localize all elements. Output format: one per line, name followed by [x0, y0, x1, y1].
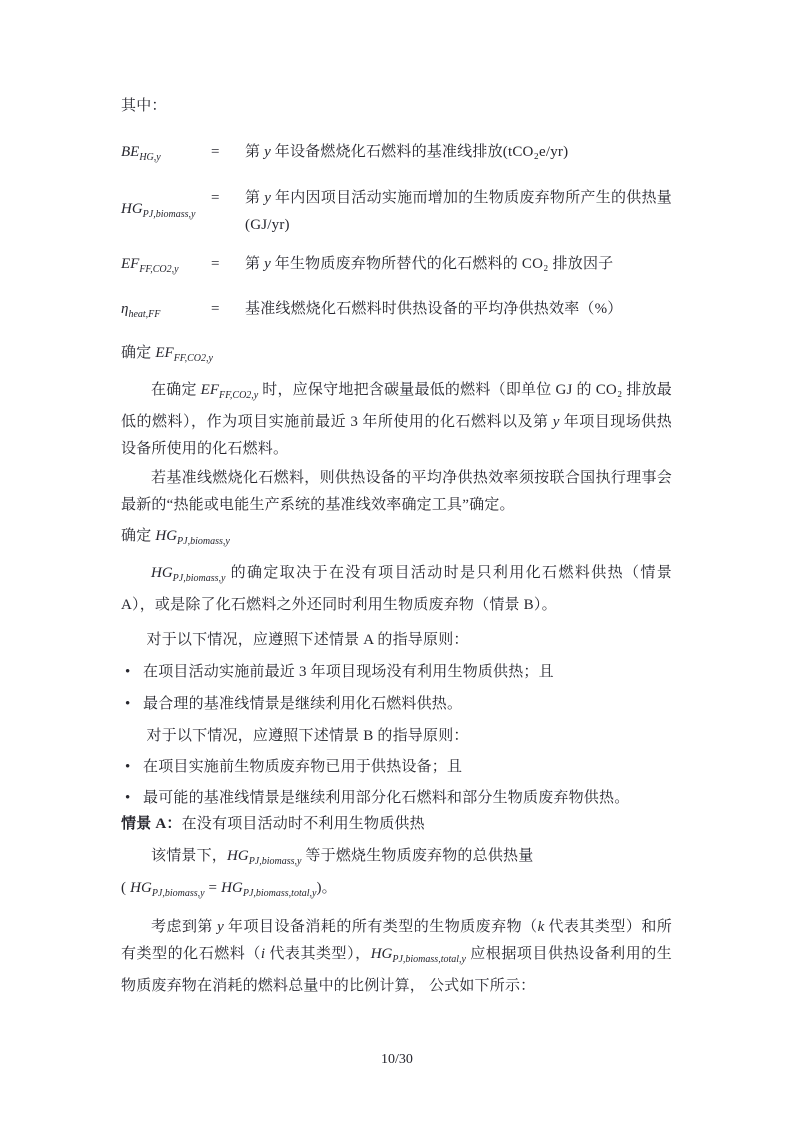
variable-text: EF: [155, 345, 173, 361]
bullet-icon: •: [125, 754, 143, 781]
paragraph: 该情景下，HGPJ,biomass,y 等于燃烧生物质废弃物的总供热量: [121, 843, 672, 875]
variable-text: HG: [130, 880, 152, 896]
bullet-text: 在项目活动实施前最近 3 年项目现场没有利用生物质供热；且: [143, 659, 672, 686]
definition-list: BEHG,y = 第 y 年设备燃烧化石燃料的基准线排放(tCO₂e/yr) H…: [121, 139, 672, 328]
text-segment: 第: [245, 190, 264, 206]
variable-description: 第 y 年生物质废弃物所替代的化石燃料的 CO₂ 排放因子: [245, 251, 672, 278]
variable-text: PJ,biomass,y: [177, 536, 230, 547]
variable-text: HG: [151, 565, 173, 581]
text-segment: 代表其类型），: [265, 946, 371, 962]
variable-text: PJ,biomass,total,y: [392, 954, 466, 965]
bullet-item: • 最合理的基准线情景是继续利用化石燃料供热。: [121, 691, 672, 718]
variable-text: EF: [201, 382, 219, 398]
page-number: 10/30: [0, 1052, 794, 1068]
section-heading-determine-ef: 确定 EFFF,CO2,y: [121, 341, 672, 371]
scenario-a-heading: 情景 A：在没有项目活动时不利用生物质供热: [121, 812, 672, 836]
text-segment: 等于燃烧生物质废弃物的总供热量: [301, 848, 533, 864]
variable-text: PJ,biomass,y: [143, 209, 196, 220]
equals-sign: =: [211, 251, 245, 278]
variable-text: y: [264, 190, 271, 206]
variable-term: EFFF,CO2,y: [121, 251, 211, 283]
variable-text: FF,CO2,y: [174, 353, 213, 364]
variable-text: HG: [155, 528, 177, 544]
variable-text: FF,CO2,y: [219, 390, 258, 401]
variable-text: PJ,biomass,y: [173, 573, 226, 584]
document-page: 其中： BEHG,y = 第 y 年设备燃烧化石燃料的基准线排放(tCO₂e/y…: [0, 0, 794, 1123]
equals-sign: =: [211, 185, 245, 212]
bullet-text: 在项目实施前生物质废弃物已用于供热设备；且: [143, 754, 672, 781]
variable-text: HG,y: [139, 152, 160, 163]
bullet-text: 最合理的基准线情景是继续利用化石燃料供热。: [143, 691, 672, 718]
variable-text: heat,FF: [128, 309, 160, 320]
variable-term: ηheat,FF: [121, 296, 211, 328]
text-segment: =: [205, 880, 222, 896]
bullet-icon: •: [125, 691, 143, 718]
text-segment: 年设备燃烧化石燃料的基准线排放(tCO₂e/yr): [271, 144, 569, 160]
variable-text: y: [264, 144, 271, 160]
variable-text: PJ,biomass,total,y: [243, 888, 317, 899]
text-segment: 该情景下，: [151, 848, 227, 864]
text-segment: 确定: [121, 345, 155, 361]
variable-text: HG: [371, 946, 393, 962]
text-segment: 考虑到第: [151, 919, 217, 935]
text-segment: 基准线燃烧化石燃料时供热设备的平均净供热效率（%）: [245, 301, 623, 317]
definition-row: HGPJ,biomass,y = 第 y 年内因项目活动实施而增加的生物质废弃物…: [121, 185, 672, 239]
variable-text: BE: [121, 144, 139, 160]
formula-line: ( HGPJ,biomass,y = HGPJ,biomass,total,y)…: [121, 875, 672, 907]
paragraph: 在确定 EFFF,CO2,y 时，应保守地把含碳量最低的燃料（即单位 GJ 的 …: [121, 377, 672, 463]
variable-text: y: [264, 256, 271, 272]
variable-description: 第 y 年内因项目活动实施而增加的生物质废弃物所产生的供热量(GJ/yr): [245, 185, 672, 239]
equals-sign: =: [211, 139, 245, 166]
text-segment: 在没有项目活动时不利用生物质供热: [182, 816, 425, 832]
paragraph: HGPJ,biomass,y 的确定取决于在没有项目活动时是只利用化石燃料供热（…: [121, 560, 672, 619]
variable-description: 基准线燃烧化石燃料时供热设备的平均净供热效率（%）: [245, 296, 672, 323]
intro-label: 其中：: [121, 96, 672, 117]
variable-term: BEHG,y: [121, 139, 211, 171]
text-segment: 情景 A：: [121, 816, 182, 832]
bullet-icon: •: [125, 785, 143, 812]
definition-row: BEHG,y = 第 y 年设备燃烧化石燃料的基准线排放(tCO₂e/yr): [121, 139, 672, 171]
text-segment: 年生物质废弃物所替代的化石燃料的 CO₂ 排放因子: [271, 256, 614, 272]
guide-line-scenario-b: 对于以下情况，应遵照下述情景 B 的指导原则：: [121, 723, 672, 750]
text-segment: (: [121, 880, 130, 896]
text-segment: 在确定: [151, 382, 201, 398]
bullet-item: • 在项目活动实施前最近 3 年项目现场没有利用生物质供热；且: [121, 659, 672, 686]
text-segment: 年项目设备消耗的所有类型的生物质废弃物（: [224, 919, 538, 935]
variable-text: PJ,biomass,y: [249, 856, 302, 867]
variable-text: FF,CO2,y: [139, 264, 178, 275]
bullet-item: • 最可能的基准线情景是继续利用部分化石燃料和部分生物质废弃物供热。: [121, 785, 672, 812]
section-heading-determine-hg: 确定 HGPJ,biomass,y: [121, 524, 672, 554]
bullet-item: • 在项目实施前生物质废弃物已用于供热设备；且: [121, 754, 672, 781]
equals-sign: =: [211, 296, 245, 323]
variable-text: HG: [121, 201, 143, 217]
variable-text: PJ,biomass,y: [152, 888, 205, 899]
variable-description: 第 y 年设备燃烧化石燃料的基准线排放(tCO₂e/yr): [245, 139, 672, 166]
definition-row: EFFF,CO2,y = 第 y 年生物质废弃物所替代的化石燃料的 CO₂ 排放…: [121, 251, 672, 283]
text-segment: 确定: [121, 528, 155, 544]
text-segment: 第: [245, 256, 264, 272]
variable-term: HGPJ,biomass,y: [121, 196, 211, 228]
guide-line-scenario-a: 对于以下情况，应遵照下述情景 A 的指导原则：: [121, 627, 672, 654]
paragraph: 考虑到第 y 年项目设备消耗的所有类型的生物质废弃物（k 代表其类型）和所有类型…: [121, 914, 672, 1000]
page-content: 其中： BEHG,y = 第 y 年设备燃烧化石燃料的基准线排放(tCO₂e/y…: [121, 96, 672, 1000]
variable-text: y: [217, 919, 224, 935]
variable-text: HG: [227, 848, 249, 864]
text-segment: 年内因项目活动实施而增加的生物质废弃物所产生的供热量(GJ/yr): [245, 190, 672, 233]
bullet-icon: •: [125, 659, 143, 686]
variable-text: HG: [221, 880, 243, 896]
bullet-text: 最可能的基准线情景是继续利用部分化石燃料和部分生物质废弃物供热。: [143, 785, 672, 812]
paragraph: 若基准线燃烧化石燃料，则供热设备的平均净供热效率须按联合国执行理事会最新的“热能…: [121, 465, 672, 519]
variable-text: EF: [121, 256, 139, 272]
definition-row: ηheat,FF = 基准线燃烧化石燃料时供热设备的平均净供热效率（%）: [121, 296, 672, 328]
text-segment: 第: [245, 144, 264, 160]
text-segment: )。: [316, 880, 336, 896]
